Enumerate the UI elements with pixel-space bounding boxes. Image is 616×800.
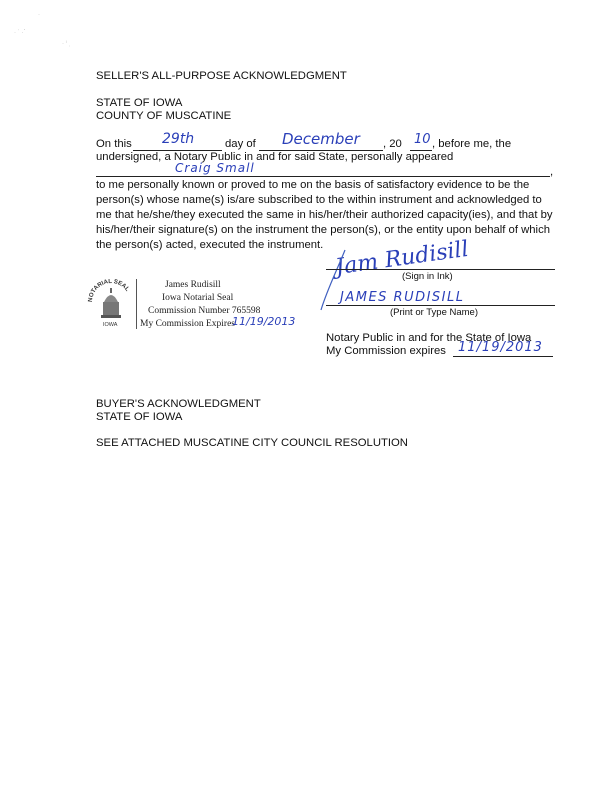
buyer-state-label: STATE OF IOWA xyxy=(96,411,182,423)
appeared-comma: , xyxy=(550,166,553,178)
commission-expires-label: My Commission expires xyxy=(326,345,446,357)
scan-speck: · xyxy=(38,12,40,18)
scan-speck: · ⁱ ˌ xyxy=(62,40,70,47)
signature-line xyxy=(326,257,555,270)
day-of-label: day of xyxy=(225,138,256,150)
print-name-label: (Print or Type Name) xyxy=(390,307,478,318)
seller-title: SELLER'S ALL-PURPOSE ACKNOWLEDGMENT xyxy=(96,70,347,82)
buyer-resolution-note: SEE ATTACHED MUSCATINE CITY COUNCIL RESO… xyxy=(96,437,408,449)
month-field[interactable]: December xyxy=(282,130,360,148)
scan-speck: · ˙ ·ˊ xyxy=(14,30,25,36)
appeared-name-field[interactable]: Craig Small xyxy=(175,161,255,175)
day-field[interactable]: 29th xyxy=(162,131,194,147)
on-this-label: On this xyxy=(96,138,132,150)
appeared-name-line xyxy=(96,163,550,177)
seal-title: Iowa Notarial Seal xyxy=(162,293,233,303)
buyer-title: BUYER'S ACKNOWLEDGMENT xyxy=(96,398,261,410)
sign-in-ink-label: (Sign in Ink) xyxy=(402,271,453,282)
seal-expires-label: My Commission Expires xyxy=(140,319,235,329)
seal-name: James Rudisill xyxy=(165,280,221,290)
year-field[interactable]: 10 xyxy=(414,132,431,147)
notarial-seal-icon: NOTARIAL SEAL IOWA xyxy=(86,276,136,330)
print-name-line xyxy=(326,293,555,306)
state-label: STATE OF IOWA xyxy=(96,97,182,109)
commission-expires-field[interactable]: 11/19/2013 xyxy=(458,340,543,355)
seal-divider xyxy=(136,279,137,329)
before-me-label: , before me, the xyxy=(432,138,511,150)
acknowledgment-body: to me personally known or proved to me o… xyxy=(96,178,556,253)
county-label: COUNTY OF MUSCATINE xyxy=(96,110,231,122)
undersigned-text: undersigned, a Notary Public in and for … xyxy=(96,151,453,163)
svg-text:IOWA: IOWA xyxy=(103,322,118,328)
seal-expires-value: 11/19/2013 xyxy=(232,315,295,328)
year-prefix: , 20 xyxy=(383,138,402,150)
